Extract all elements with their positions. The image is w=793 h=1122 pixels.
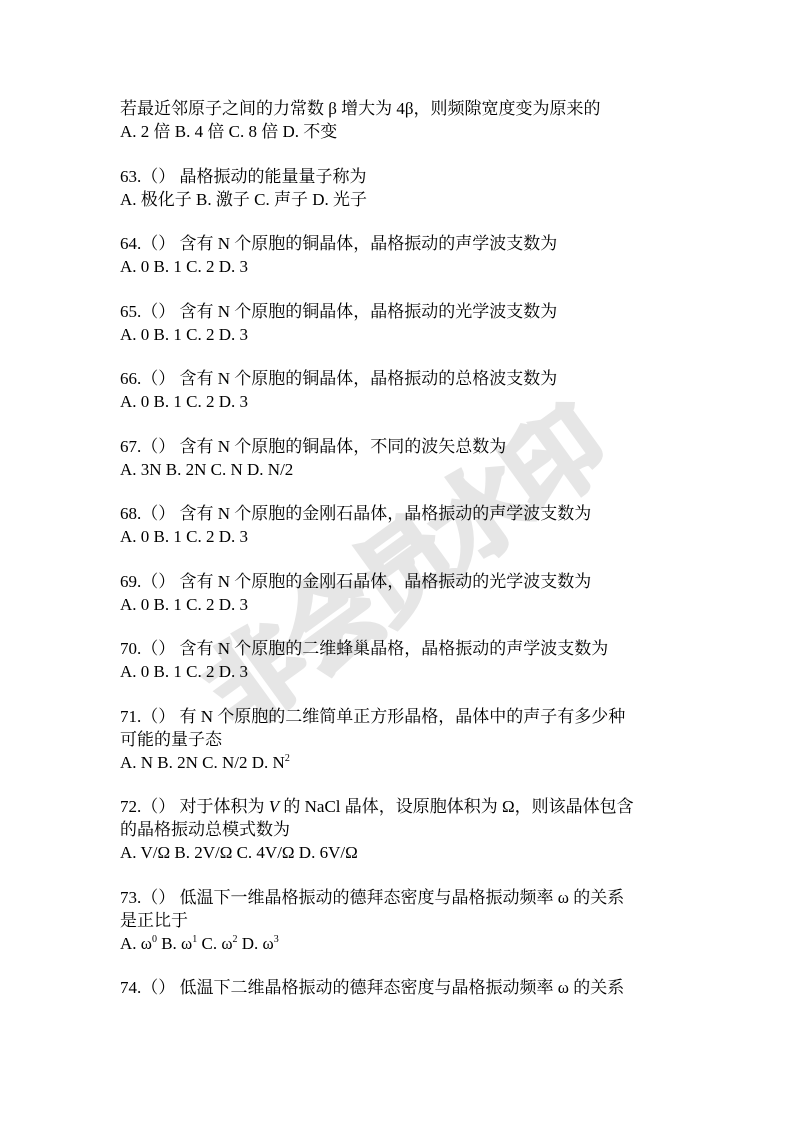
question-70: 70.（） 含有 N 个原胞的二维蜂巢晶格，晶格振动的声学波支数为 A. 0 B…: [120, 637, 676, 683]
question-number: 66.（）: [120, 369, 175, 388]
question-stem: 含有 N 个原胞的二维蜂巢晶格，晶格振动的声学波支数为: [180, 639, 609, 658]
question-text: 若最近邻原子之间的力常数 β 增大为 4β，则频隙宽度变为原来的: [120, 97, 676, 120]
question-stem: 低温下一维晶格振动的德拜态密度与晶格振动频率 ω 的关系: [180, 888, 625, 907]
question-number: 69.（）: [120, 572, 175, 591]
question-stem: 含有 N 个原胞的铜晶体，晶格振动的总格波支数为: [180, 369, 558, 388]
question-stem: 低温下二维晶格振动的德拜态密度与晶格振动频率 ω 的关系: [180, 978, 625, 997]
question-number: 63.（）: [120, 167, 175, 186]
question-number: 65.（）: [120, 302, 175, 321]
question-number: 64.（）: [120, 234, 175, 253]
question-text: 70.（） 含有 N 个原胞的二维蜂巢晶格，晶格振动的声学波支数为: [120, 637, 676, 660]
question-66: 66.（） 含有 N 个原胞的铜晶体，晶格振动的总格波支数为 A. 0 B. 1…: [120, 367, 676, 413]
question-text: 64.（） 含有 N 个原胞的铜晶体，晶格振动的声学波支数为: [120, 232, 676, 255]
question-stem: 含有 N 个原胞的铜晶体，不同的波矢总数为: [180, 437, 507, 456]
question-number: 71.（）: [120, 707, 175, 726]
question-text: 74.（） 低温下二维晶格振动的德拜态密度与晶格振动频率 ω 的关系: [120, 976, 676, 999]
question-options: A. ω0 B. ω1 C. ω2 D. ω3: [120, 932, 676, 955]
question-stem: 对于体积为: [180, 797, 269, 816]
superscript: 0: [152, 934, 157, 945]
question-number: 68.（）: [120, 504, 175, 523]
question-text: 66.（） 含有 N 个原胞的铜晶体，晶格振动的总格波支数为: [120, 367, 676, 390]
question-stem-rest: 的 NaCl 晶体，设原胞体积为 Ω，则该晶体包含: [279, 797, 634, 816]
question-options: A. 0 B. 1 C. 2 D. 3: [120, 323, 676, 346]
superscript: 3: [274, 934, 279, 945]
question-text: 68.（） 含有 N 个原胞的金刚石晶体，晶格振动的声学波支数为: [120, 502, 676, 525]
document-page: 非会员水印 若最近邻原子之间的力常数 β 增大为 4β，则频隙宽度变为原来的 A…: [0, 0, 793, 1122]
option-c: C. ω: [197, 934, 232, 953]
question-text: 69.（） 含有 N 个原胞的金刚石晶体，晶格振动的光学波支数为: [120, 570, 676, 593]
question-stem: 含有 N 个原胞的金刚石晶体，晶格振动的声学波支数为: [180, 504, 592, 523]
question-stem: 有 N 个原胞的二维简单正方形晶格，晶体中的声子有多少种: [180, 707, 626, 726]
question-71: 71.（） 有 N 个原胞的二维简单正方形晶格，晶体中的声子有多少种 可能的量子…: [120, 705, 676, 774]
question-73: 73.（） 低温下一维晶格振动的德拜态密度与晶格振动频率 ω 的关系 是正比于 …: [120, 886, 676, 955]
question-number: 67.（）: [120, 437, 175, 456]
question-options: A. 3N B. 2N C. N D. N/2: [120, 458, 676, 481]
question-options: A. 0 B. 1 C. 2 D. 3: [120, 255, 676, 278]
question-text: 67.（） 含有 N 个原胞的铜晶体，不同的波矢总数为: [120, 435, 676, 458]
question-options: A. N B. 2N C. N/2 D. N2: [120, 751, 676, 774]
question-text: 63.（） 晶格振动的能量量子称为: [120, 165, 676, 188]
option-a: A. ω: [120, 934, 152, 953]
question-68: 68.（） 含有 N 个原胞的金刚石晶体，晶格振动的声学波支数为 A. 0 B.…: [120, 502, 676, 548]
question-stem: 晶格振动的能量量子称为: [180, 167, 367, 186]
superscript: 2: [285, 753, 290, 764]
question-text: 65.（） 含有 N 个原胞的铜晶体，晶格振动的光学波支数为: [120, 300, 676, 323]
question-64: 64.（） 含有 N 个原胞的铜晶体，晶格振动的声学波支数为 A. 0 B. 1…: [120, 232, 676, 278]
option-d: D. ω: [238, 934, 274, 953]
question-67: 67.（） 含有 N 个原胞的铜晶体，不同的波矢总数为 A. 3N B. 2N …: [120, 435, 676, 481]
question-options: A. 0 B. 1 C. 2 D. 3: [120, 660, 676, 683]
question-number: 70.（）: [120, 639, 175, 658]
question-text-continued: 的晶格振动总模式数为: [120, 818, 676, 841]
superscript: 1: [192, 934, 197, 945]
question-text: 72.（） 对于体积为 V 的 NaCl 晶体，设原胞体积为 Ω，则该晶体包含: [120, 795, 676, 818]
question-options: A. 0 B. 1 C. 2 D. 3: [120, 525, 676, 548]
superscript: 2: [233, 934, 238, 945]
question-65: 65.（） 含有 N 个原胞的铜晶体，晶格振动的光学波支数为 A. 0 B. 1…: [120, 300, 676, 346]
question-stem: 含有 N 个原胞的铜晶体，晶格振动的光学波支数为: [180, 302, 558, 321]
question-number: 72.（）: [120, 797, 175, 816]
variable-v: V: [269, 797, 279, 816]
question-63: 63.（） 晶格振动的能量量子称为 A. 极化子 B. 激子 C. 声子 D. …: [120, 165, 676, 211]
question-74: 74.（） 低温下二维晶格振动的德拜态密度与晶格振动频率 ω 的关系: [120, 976, 676, 999]
question-stem: 含有 N 个原胞的金刚石晶体，晶格振动的光学波支数为: [180, 572, 592, 591]
question-text: 71.（） 有 N 个原胞的二维简单正方形晶格，晶体中的声子有多少种: [120, 705, 676, 728]
question-72: 72.（） 对于体积为 V 的 NaCl 晶体，设原胞体积为 Ω，则该晶体包含 …: [120, 795, 676, 864]
question-text-continued: 可能的量子态: [120, 728, 676, 751]
question-options: A. V/Ω B. 2V/Ω C. 4V/Ω D. 6V/Ω: [120, 841, 676, 864]
question-stem: 含有 N 个原胞的铜晶体，晶格振动的声学波支数为: [180, 234, 558, 253]
question-69: 69.（） 含有 N 个原胞的金刚石晶体，晶格振动的光学波支数为 A. 0 B.…: [120, 570, 676, 616]
question-options: A. 2 倍 B. 4 倍 C. 8 倍 D. 不变: [120, 120, 676, 143]
question-text-continued: 是正比于: [120, 909, 676, 932]
question-list: 若最近邻原子之间的力常数 β 增大为 4β，则频隙宽度变为原来的 A. 2 倍 …: [120, 97, 676, 1021]
question-number: 73.（）: [120, 888, 175, 907]
options-text: A. N B. 2N C. N/2 D. N: [120, 753, 285, 772]
question-options: A. 极化子 B. 激子 C. 声子 D. 光子: [120, 188, 676, 211]
question-text: 73.（） 低温下一维晶格振动的德拜态密度与晶格振动频率 ω 的关系: [120, 886, 676, 909]
option-b: B. ω: [157, 934, 192, 953]
question-number: 74.（）: [120, 978, 175, 997]
question-options: A. 0 B. 1 C. 2 D. 3: [120, 593, 676, 616]
question-62-continuation: 若最近邻原子之间的力常数 β 增大为 4β，则频隙宽度变为原来的 A. 2 倍 …: [120, 97, 676, 143]
question-options: A. 0 B. 1 C. 2 D. 3: [120, 390, 676, 413]
